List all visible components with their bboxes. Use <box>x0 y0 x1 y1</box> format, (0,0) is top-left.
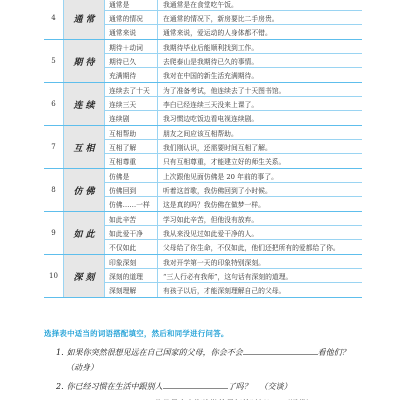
example-sentence: 听着这首歌，我仿佛回到了小时候。 <box>158 183 362 196</box>
table-row: 9如此如此辛苦学习如此辛苦，但他没有放弃。如此爱干净我从来没见过如此爱干净的人。… <box>44 212 362 255</box>
entry-group: 互相帮助朋友之间应该互相帮助。互相了解我们刚认识，还需要时间互相了解。互相尊重只… <box>105 126 362 168</box>
table-subrow: 连续剧我习惯边吃饭边看电视连续剧。 <box>105 111 362 125</box>
table-subrow: 印象深刻我对开学第一天的印象特别深刻。 <box>105 255 362 269</box>
table-subrow: 如此辛苦学习如此辛苦，但他没有放弃。 <box>105 212 362 226</box>
table-subrow: 深刻的道理“三人行必有我师”，这句话有深刻的道理。 <box>105 269 362 283</box>
fill-in-blank[interactable] <box>163 380 228 389</box>
table-row: 8仿佛仿佛是上次跟他见面仿佛是 20 年前的事了。仿佛回到听着这首歌，我仿佛回到… <box>44 169 362 212</box>
question-line: 2.你已经习惯在生活中跟别人了吗？（交谈） <box>44 380 362 390</box>
entry-group: 期待＋动词我期待毕业后能顺利找到工作。期待已久去爬泰山是我期待已久的事情。充满期… <box>105 40 362 82</box>
exercise-instruction: 选择表中适当的词语搭配填空，然后和同学进行问答。 <box>44 328 362 339</box>
entry-group: 印象深刻我对开学第一天的印象特别深刻。深刻的道理“三人行必有我师”，这句话有深刻… <box>105 255 362 297</box>
entry-group: 如此辛苦学习如此辛苦，但他没有放弃。如此爱干净我从来没见过如此爱干净的人。不仅如… <box>105 212 362 254</box>
example-sentence: 这是真的吗？我仿佛在做梦一样。 <box>158 197 362 211</box>
table-subrow: 期待＋动词我期待毕业后能顺利找到工作。 <box>105 40 362 54</box>
collocation: 深刻理解 <box>105 283 158 297</box>
table-subrow: 仿佛是上次跟他见面仿佛是 20 年前的事了。 <box>105 169 362 183</box>
entry-group: 仿佛是上次跟他见面仿佛是 20 年前的事了。仿佛回到听着这首歌，我仿佛回到了小时… <box>105 169 362 211</box>
collocation: 连续去了十天 <box>105 83 158 96</box>
collocation: 通常是 <box>105 0 158 10</box>
collocation: 深刻的道理 <box>105 269 158 282</box>
table-subrow: 仿佛……一样这是真的吗？我仿佛在做梦一样。 <box>105 197 362 211</box>
table-subrow: 连续去了十天为了准备考试，他连续去了十天图书馆。 <box>105 83 362 97</box>
collocation: 通常来说 <box>105 25 158 39</box>
collocation: 仿佛回到 <box>105 183 158 196</box>
table-row: 10深刻印象深刻我对开学第一天的印象特别深刻。深刻的道理“三人行必有我师”，这句… <box>44 255 362 298</box>
example-sentence: “三人行必有我师”，这句话有深刻的道理。 <box>158 269 362 282</box>
question-text: 你已经习惯在生活中跟别人 <box>67 382 163 391</box>
table-subrow: 互相帮助朋友之间应该互相帮助。 <box>105 126 362 140</box>
question-line: 1.如果你突然很想见远在自己国家的父母，你会不会看他们？ <box>44 346 362 356</box>
example-sentence: 我通常是在食堂吃午饭。 <box>158 0 362 10</box>
table-subrow: 通常来说通常来说，爱运动的人身体都不错。 <box>105 25 362 39</box>
worksheet-page: 4通常通常是我通常是在食堂吃午饭。通常的情况在通常的情况下，新房要比二手房贵。通… <box>0 0 400 400</box>
collocation: 互相了解 <box>105 140 158 153</box>
headword: 仿佛 <box>64 169 105 211</box>
headword: 连续 <box>64 83 105 125</box>
table-subrow: 不仅如此父母给了你生命，不仅如此，他们还把所有的爱都给了你。 <box>105 240 362 254</box>
collocation: 期待＋动词 <box>105 40 158 53</box>
table-subrow: 连续三天李白已经连续三天没来上课了。 <box>105 97 362 111</box>
page-content: 4通常通常是我通常是在食堂吃午饭。通常的情况在通常的情况下，新房要比二手房贵。通… <box>44 0 362 400</box>
question-number: 2. <box>56 382 64 391</box>
collocation: 连续三天 <box>105 97 158 110</box>
table-subrow: 仿佛回到听着这首歌，我仿佛回到了小时候。 <box>105 183 362 197</box>
collocation: 期待已久 <box>105 54 158 67</box>
example-sentence: 只有互相尊重，才能建立好的师生关系。 <box>158 154 362 168</box>
question-text: 看他们？ <box>318 348 350 357</box>
example-sentence: 我期待毕业后能顺利找到工作。 <box>158 40 362 53</box>
collocation: 通常的情况 <box>105 11 158 24</box>
example-sentence: 通常来说，爱运动的人身体都不错。 <box>158 25 362 39</box>
table-subrow: 期待已久去爬泰山是我期待已久的事情。 <box>105 54 362 68</box>
row-number: 4 <box>44 0 64 39</box>
table-subrow: 深刻理解有孩子以后，才能深刻理解自己的父母。 <box>105 283 362 297</box>
answer-hint: （动身） <box>66 363 98 372</box>
collocation: 如此辛苦 <box>105 212 158 225</box>
row-number: 8 <box>44 169 64 211</box>
table-row: 5期待期待＋动词我期待毕业后能顺利找到工作。期待已久去爬泰山是我期待已久的事情。… <box>44 40 362 83</box>
answer-hint-line: （动身） <box>44 363 362 373</box>
example-sentence: 我对在中国的新生活充满期待。 <box>158 68 362 82</box>
collocation: 印象深刻 <box>105 255 158 268</box>
question-text: 了吗？ <box>228 382 252 391</box>
row-number: 6 <box>44 83 64 125</box>
example-sentence: 我们刚认识，还需要时间互相了解。 <box>158 140 362 153</box>
table-subrow: 互相了解我们刚认识，还需要时间互相了解。 <box>105 140 362 154</box>
table-subrow: 通常的情况在通常的情况下，新房要比二手房贵。 <box>105 11 362 25</box>
question-text: 如果你突然很想见远在自己国家的父母，你会不会 <box>67 348 243 357</box>
example-sentence: 朋友之间应该互相帮助。 <box>158 126 362 139</box>
collocation: 仿佛……一样 <box>105 197 158 211</box>
example-sentence: 在通常的情况下，新房要比二手房贵。 <box>158 11 362 24</box>
table-subrow: 如此爱干净我从来没见过如此爱干净的人。 <box>105 226 362 240</box>
collocation: 互相帮助 <box>105 126 158 139</box>
fill-in-blank[interactable] <box>243 346 318 355</box>
example-sentence: 李白已经连续三天没来上课了。 <box>158 97 362 110</box>
example-sentence: 我对开学第一天的印象特别深刻。 <box>158 255 362 268</box>
example-sentence: 有孩子以后，才能深刻理解自己的父母。 <box>158 283 362 297</box>
table-row: 7互相互相帮助朋友之间应该互相帮助。互相了解我们刚认识，还需要时间互相了解。互相… <box>44 126 362 169</box>
row-number: 7 <box>44 126 64 168</box>
example-sentence: 上次跟他见面仿佛是 20 年前的事了。 <box>158 169 362 182</box>
collocation: 充满期待 <box>105 68 158 82</box>
row-number: 9 <box>44 212 64 254</box>
question-list: 1.如果你突然很想见远在自己国家的父母，你会不会看他们？（动身）2.你已经习惯在… <box>44 346 362 400</box>
answer-hint: （交谈） <box>260 382 292 391</box>
vocab-table: 4通常通常是我通常是在食堂吃午饭。通常的情况在通常的情况下，新房要比二手房贵。通… <box>44 0 362 298</box>
example-sentence: 我习惯边吃饭边看电视连续剧。 <box>158 111 362 125</box>
example-sentence: 为了准备考试，他连续去了十天图书馆。 <box>158 83 362 96</box>
table-subrow: 互相尊重只有互相尊重，才能建立好的师生关系。 <box>105 154 362 168</box>
question-number: 1. <box>56 348 64 357</box>
table-subrow: 通常是我通常是在食堂吃午饭。 <box>105 0 362 11</box>
collocation: 仿佛是 <box>105 169 158 182</box>
collocation: 如此爱干净 <box>105 226 158 239</box>
example-sentence: 父母给了你生命，不仅如此，他们还把所有的爱都给了你。 <box>158 240 362 254</box>
row-number: 10 <box>44 255 64 297</box>
example-sentence: 去爬泰山是我期待已久的事情。 <box>158 54 362 67</box>
exercise-section: 选择表中适当的词语搭配填空，然后和同学进行问答。 1.如果你突然很想见远在自己国… <box>44 328 362 400</box>
collocation: 互相尊重 <box>105 154 158 168</box>
collocation: 连续剧 <box>105 111 158 125</box>
table-row: 6连续连续去了十天为了准备考试，他连续去了十天图书馆。连续三天李白已经连续三天没… <box>44 83 362 126</box>
headword: 如此 <box>64 212 105 254</box>
table-row: 4通常通常是我通常是在食堂吃午饭。通常的情况在通常的情况下，新房要比二手房贵。通… <box>44 0 362 40</box>
entry-group: 通常是我通常是在食堂吃午饭。通常的情况在通常的情况下，新房要比二手房贵。通常来说… <box>105 0 362 39</box>
headword: 期待 <box>64 40 105 82</box>
row-number: 5 <box>44 40 64 82</box>
example-sentence: 学习如此辛苦，但他没有放弃。 <box>158 212 362 225</box>
table-subrow: 充满期待我对在中国的新生活充满期待。 <box>105 68 362 82</box>
entry-group: 连续去了十天为了准备考试，他连续去了十天图书馆。连续三天李白已经连续三天没来上课… <box>105 83 362 125</box>
example-sentence: 我从来没见过如此爱干净的人。 <box>158 226 362 239</box>
collocation: 不仅如此 <box>105 240 158 254</box>
headword: 深刻 <box>64 255 105 297</box>
headword: 通常 <box>64 0 105 39</box>
headword: 互相 <box>64 126 105 168</box>
